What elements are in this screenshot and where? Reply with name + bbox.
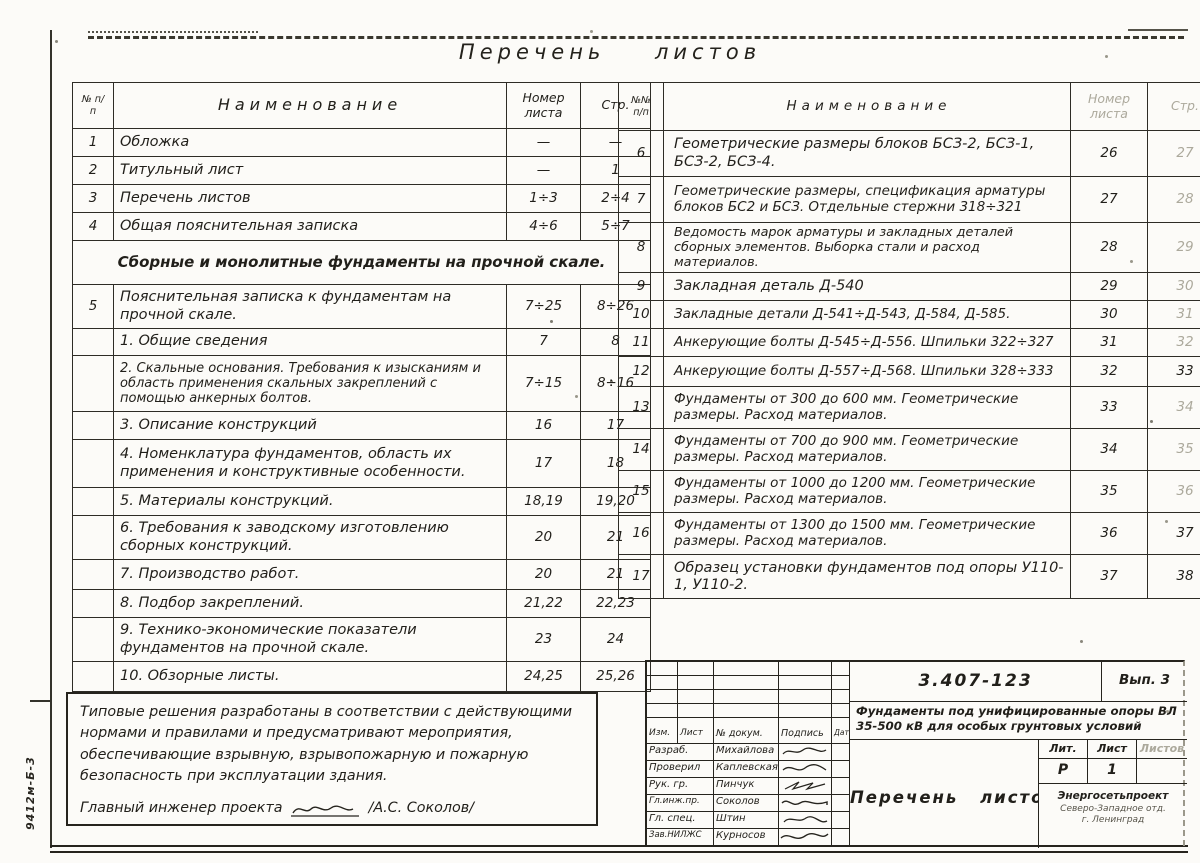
row-page: 24 [581,618,651,662]
row-name: 8. Подбор закреплений. [114,590,507,618]
row-num: 4 [73,213,114,241]
lit-value: Р [1039,759,1088,784]
row-sheet: 27 [1071,177,1148,223]
date-cell [832,744,850,761]
table-row: 11 Анкерующие болты Д-545÷Д-556. Шпильки… [619,329,1200,357]
table-header-row: №№ п/п Наименование Номер листа Стр. [619,83,1200,131]
date-cell [832,795,850,812]
row-page: 31 [1148,301,1200,329]
row-sheet: 18,19 [507,488,581,516]
row-sheet: 1÷3 [507,185,581,213]
header-name: Наименование [114,83,507,129]
row-name: Титульный лист [114,157,507,185]
row-sheet: 30 [1071,301,1148,329]
role-name: Курносов [714,829,779,846]
row-name: 3. Описание конструкций [114,412,507,440]
sheet-list-table-right: №№ п/п Наименование Номер листа Стр. 6 Г… [618,82,1200,599]
revision-grid-col [678,662,714,727]
row-name: 1. Общие сведения [114,329,507,356]
row-num [73,662,114,692]
row-page: 27 [1148,131,1200,177]
row-sheet: — [507,157,581,185]
row-name: Общая пояснительная записка [114,213,507,241]
row-name: Обложка [114,129,507,157]
table-row: 4 Общая пояснительная записка 4÷6 5÷7 [73,213,651,241]
row-name: 2. Скальные основания. Требования к изыс… [114,356,507,412]
date-cell [832,812,850,829]
role-label: Гл. спец. [647,812,714,829]
row-name: Геометрические размеры, спецификация арм… [664,177,1071,223]
row-page: 28 [1148,177,1200,223]
frame-bottom-line-2 [50,851,1188,853]
row-sheet: 26 [1071,131,1148,177]
listov-label: Листов [1137,740,1187,759]
page-title: Перечень листов [440,40,780,64]
row-num: 9 [619,273,664,301]
signature-icon [779,812,832,829]
row-sheet: — [507,129,581,157]
table-row: 15 Фундаменты от 1000 до 1200 мм. Геомет… [619,471,1200,513]
row-name: Закладные детали Д-541÷Д-543, Д-584, Д-5… [664,301,1071,329]
row-num: 10 [619,301,664,329]
table-row: 2 Титульный лист — 1 [73,157,651,185]
table-row: 5. Материалы конструкций. 18,19 19,20 [73,488,651,516]
row-name: 10. Обзорные листы. [114,662,507,692]
role-label: Проверил [647,761,714,778]
project-title: Фундаменты под унифицированные опоры ВЛ … [850,702,1187,740]
row-sheet: 7 [507,329,581,356]
date-cell [832,829,850,846]
row-num: 3 [73,185,114,213]
row-page: 33 [1148,357,1200,387]
note-signoff-label: Главный инженер проекта [80,798,283,819]
stamp-sheet-title: Перечень листов [850,740,1039,848]
row-sheet: 35 [1071,471,1148,513]
revision-grid-col [647,662,678,727]
row-num [73,590,114,618]
row-sheet: 20 [507,560,581,590]
row-num [73,412,114,440]
revision-grid-col [714,662,779,727]
row-num [73,440,114,488]
row-sheet: 29 [1071,273,1148,301]
scanned-sheet: 9412м-Б-3 Перечень листов № п/п Наименов… [0,0,1200,863]
row-num [73,488,114,516]
row-page: 38 [1148,555,1200,599]
list-value: 1 [1088,759,1137,784]
organization: Энергосетьпроект Северо-Западное отд. г.… [1039,784,1187,848]
title-block: Изм. Лист № докум. Подпись Дата Разраб. … [645,660,1185,846]
row-name: Фундаменты от 1300 до 1500 мм. Геометрич… [664,513,1071,555]
table-row: 8. Подбор закреплений. 21,22 22,23 [73,590,651,618]
revision-grid-col [832,662,850,727]
row-num: 17 [619,555,664,599]
doc-number: 3.407-123 [850,662,1102,702]
frame-left-line [50,30,52,848]
table-row: 6. Требования к заводскому изготовлению … [73,516,651,560]
header-name: Наименование [664,83,1071,131]
row-name: Анкерующие болты Д-545÷Д-556. Шпильки 32… [664,329,1071,357]
table-row: 4. Номенклатура фундаментов, область их … [73,440,651,488]
row-sheet: 34 [1071,429,1148,471]
signature-icon [779,744,832,761]
role-name: Штин [714,812,779,829]
row-page: 34 [1148,387,1200,429]
table-row: 3 Перечень листов 1÷3 2÷4 [73,185,651,213]
row-name: 5. Материалы конструкций. [114,488,507,516]
row-sheet: 37 [1071,555,1148,599]
row-num [73,516,114,560]
col-date: Дата [832,727,850,744]
row-page: 30 [1148,273,1200,301]
row-name: 7. Производство работ. [114,560,507,590]
row-sheet: 4÷6 [507,213,581,241]
signature-icon [779,778,832,795]
row-num [73,356,114,412]
col-doc: № докум. [714,727,779,744]
row-name: Геометрические размеры блоков БСЗ-2, БСЗ… [664,131,1071,177]
row-num: 8 [619,223,664,273]
row-name: Анкерующие болты Д-557÷Д-568. Шпильки 32… [664,357,1071,387]
row-sheet: 32 [1071,357,1148,387]
row-name: Ведомость марок арматуры и закладных дет… [664,223,1071,273]
organization-city: г. Ленинград [1039,815,1187,827]
row-num: 1 [73,129,114,157]
row-sheet: 36 [1071,513,1148,555]
row-sheet: 17 [507,440,581,488]
row-sheet: 7÷15 [507,356,581,412]
issue-number: Вып. 3 [1102,662,1187,702]
row-page: 32 [1148,329,1200,357]
row-name: 4. Номенклатура фундаментов, область их … [114,440,507,488]
table-row: 2. Скальные основания. Требования к изыс… [73,356,651,412]
table-row: 5 Пояснительная записка к фундаментам на… [73,285,651,329]
row-sheet: 33 [1071,387,1148,429]
table-row: 17 Образец установки фундаментов под опо… [619,555,1200,599]
row-page: 37 [1148,513,1200,555]
role-name: Каплевская [714,761,779,778]
row-num: 5 [73,285,114,329]
organization-name: Энергосетьпроект [1039,790,1187,804]
table-row: 10 Закладные детали Д-541÷Д-543, Д-584, … [619,301,1200,329]
row-page: 25,26 [581,662,651,692]
role-name: Пинчук [714,778,779,795]
row-name: Перечень листов [114,185,507,213]
date-cell [832,778,850,795]
role-label: Рук. гр. [647,778,714,795]
table-row: 6 Геометрические размеры блоков БСЗ-2, Б… [619,131,1200,177]
frame-top-dashed-line [88,36,1184,39]
frame-top-right-line [1128,29,1188,31]
row-num: 14 [619,429,664,471]
row-num: 7 [619,177,664,223]
col-izm: Изм. [647,727,678,744]
row-num [73,618,114,662]
table-row: 1 Обложка — — [73,129,651,157]
row-sheet: 20 [507,516,581,560]
table-row: 13 Фундаменты от 300 до 600 мм. Геометри… [619,387,1200,429]
col-list: Лист [678,727,714,744]
table-row: 9. Технико-экономические показатели фунд… [73,618,651,662]
header-sheet: Номер листа [1071,83,1148,131]
header-num: № п/п [73,83,114,129]
row-sheet: 31 [1071,329,1148,357]
row-sheet: 24,25 [507,662,581,692]
table-row: 16 Фундаменты от 1300 до 1500 мм. Геомет… [619,513,1200,555]
row-sheet: 7÷25 [507,285,581,329]
section-header: Сборные и монолитные фундаменты на прочн… [73,241,651,285]
header-sheet: Номер листа [507,83,581,129]
margin-stamp: 9412м-Б-3 [24,706,40,830]
col-sign: Подпись [779,727,832,744]
table-row: 14 Фундаменты от 700 до 900 мм. Геометри… [619,429,1200,471]
note-box: Типовые решения разработаны в соответств… [66,692,598,826]
row-name: Фундаменты от 1000 до 1200 мм. Геометрич… [664,471,1071,513]
row-num: 6 [619,131,664,177]
role-name: Соколов [714,795,779,812]
revision-grid-col [779,662,832,727]
row-name: Пояснительная записка к фундаментам на п… [114,285,507,329]
table-row: 8 Ведомость марок арматуры и закладных д… [619,223,1200,273]
row-num: 2 [73,157,114,185]
row-sheet: 21,22 [507,590,581,618]
row-num [73,560,114,590]
row-name: Образец установки фундаментов под опоры … [664,555,1071,599]
row-num: 13 [619,387,664,429]
signature-icon [779,829,832,846]
section-header-row: Сборные и монолитные фундаменты на прочн… [73,241,651,285]
row-name: Фундаменты от 700 до 900 мм. Геометричес… [664,429,1071,471]
row-page: 35 [1148,429,1200,471]
row-name: Закладная деталь Д-540 [664,273,1071,301]
note-engineer-name: /А.С. Соколов/ [369,798,474,819]
row-page: 29 [1148,223,1200,273]
signature-icon [289,801,363,819]
organization-branch: Северо-Западное отд. [1039,804,1187,816]
margin-tick [30,700,52,702]
sheet-list-table-left: № п/п Наименование Номер листа Стр. 1 Об… [72,82,651,692]
row-name: 6. Требования к заводскому изготовлению … [114,516,507,560]
row-sheet: 28 [1071,223,1148,273]
row-name: Фундаменты от 300 до 600 мм. Геометричес… [664,387,1071,429]
frame-top-dotted-line [88,31,258,33]
table-row: 7 Геометрические размеры, спецификация а… [619,177,1200,223]
row-num: 16 [619,513,664,555]
header-page: Стр. [1148,83,1200,131]
note-text: Типовые решения разработаны в соответств… [80,702,584,788]
lit-label: Лит. [1039,740,1088,759]
list-label: Лист [1088,740,1137,759]
row-name: 9. Технико-экономические показатели фунд… [114,618,507,662]
date-cell [832,761,850,778]
table-row: 9 Закладная деталь Д-540 29 30 [619,273,1200,301]
row-num: 11 [619,329,664,357]
table-row: 10. Обзорные листы. 24,25 25,26 [73,662,651,692]
signature-icon [779,761,832,778]
row-page: 36 [1148,471,1200,513]
table-row: 3. Описание конструкций 16 17 [73,412,651,440]
row-num [73,329,114,356]
role-label: Гл.инж.пр. [647,795,714,812]
row-num: 12 [619,357,664,387]
row-sheet: 23 [507,618,581,662]
table-row: 12 Анкерующие болты Д-557÷Д-568. Шпильки… [619,357,1200,387]
header-num: №№ п/п [619,83,664,131]
table-row: 1. Общие сведения 7 8 [73,329,651,356]
signature-icon [779,795,832,812]
listov-value [1137,759,1187,784]
table-header-row: № п/п Наименование Номер листа Стр. [73,83,651,129]
table-row: 7. Производство работ. 20 21 [73,560,651,590]
role-label: Зав.НИЛЖС [647,829,714,846]
role-label: Разраб. [647,744,714,761]
row-sheet: 16 [507,412,581,440]
role-name: Михайлова [714,744,779,761]
row-num: 15 [619,471,664,513]
